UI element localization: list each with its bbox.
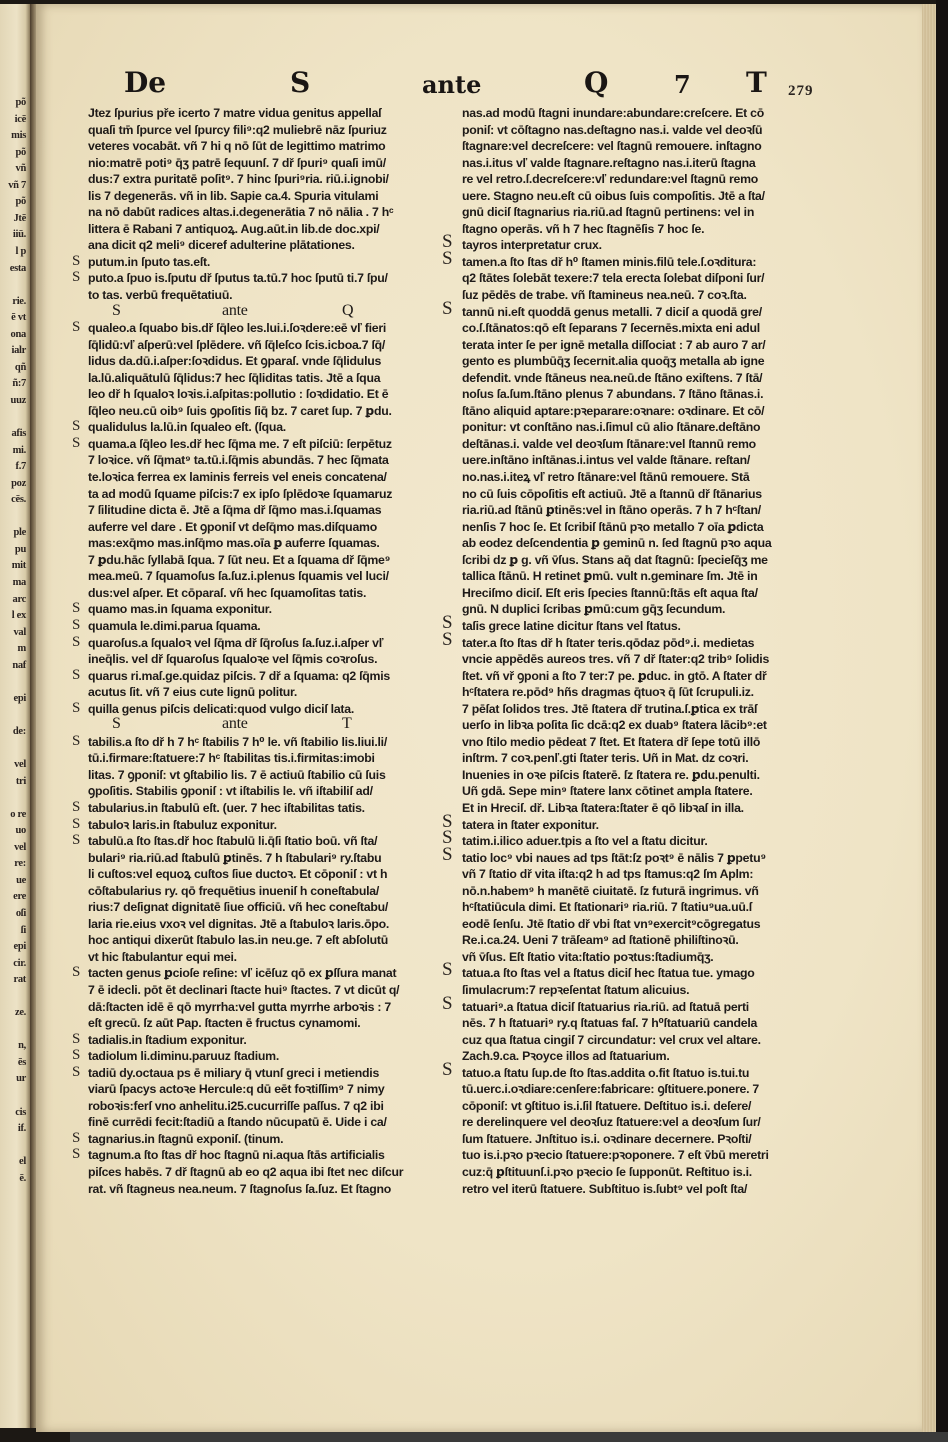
running-head-letter: T xyxy=(746,66,767,100)
text-line: ſtāno aliquid aptare:pꝛeparare:oꝛnare: o… xyxy=(446,403,826,420)
entry-initial: S xyxy=(72,634,80,651)
adjacent-page-text-fragment: cis xyxy=(15,1106,26,1119)
entry-headword-line: Statuo.a ſtatu ſup.de ſto ſtas.addita o.… xyxy=(446,1065,826,1082)
page-number: 279 xyxy=(788,83,814,100)
entry-headword-line: Statera in ſtater exponitur. xyxy=(446,817,826,834)
adjacent-page-text-fragment: uo xyxy=(16,824,27,837)
adjacent-page-text-fragment: oſi xyxy=(16,907,26,920)
line-text: Re.i.ca.24. Ueni 7 trāſeam⁹ ad ſtationē … xyxy=(462,933,739,947)
text-line: ſum ſtatuere. Jnſtituo is.i. oꝛdinare de… xyxy=(446,1131,826,1148)
adjacent-page-text-fragment: pu xyxy=(15,543,26,556)
line-text: qualidulus la.lū.in ſqualeo eſt. (ſqua. xyxy=(88,420,286,434)
entry-headword-line: Statim.i.ilico aduer.tpis a ſto vel a ſt… xyxy=(446,833,826,850)
line-text: puto.a ſpuo is.ſputu dř ſputus ta.tū.7 h… xyxy=(88,271,388,285)
running-head-letter: S xyxy=(290,66,310,100)
text-line: mas:exq̄mo mas.inſq̄mo mas.oīa ꝑ auferre… xyxy=(72,535,444,552)
text-line: inſtrm. 7 coꝛ.penľ.gti ſtater teris. Uñ … xyxy=(446,750,826,767)
entry-initial: S xyxy=(442,301,452,318)
line-text: hoc antiqui dixerūt ſtabulo las.in neu.g… xyxy=(88,933,388,947)
text-line: Hreciſmo diciſ. Eſt eris ſpecies ſtannū:… xyxy=(446,585,826,602)
line-text: q2 ſtātes ſolebāt texere:7 tela erecta ſ… xyxy=(462,271,764,285)
line-text: Hreciſmo diciſ. Eſt eris ſpecies ſtannū:… xyxy=(462,586,758,600)
line-text: bulari⁹ ria.riū.ad ſtabulū ꝑtinēs. 7 h ſ… xyxy=(88,851,381,865)
line-text: putum.in ſputo tas.eſt. xyxy=(88,255,210,269)
line-text: re vel retro.ſ.decreſcere:vľ redundare:v… xyxy=(462,172,758,186)
line-text: 7 pēſat ſolidos tres. Jtē ſtatera dř tru… xyxy=(462,702,757,716)
text-line: ſq̄leo neu.cū oib⁹ ſuis ꝯpoſitis ſiq̄ bz… xyxy=(72,403,444,420)
line-text: defendit. vnde ſtāneus nea.neū.de ſtāno … xyxy=(462,371,762,385)
adjacent-page-text-fragment: if. xyxy=(18,1122,26,1135)
text-line: piſces habēs. 7 dř ſtagnū ab eo q2 aqua … xyxy=(72,1164,444,1181)
text-line: ſuz pēdēs de trabe. vñ ſtamineus nea.neū… xyxy=(446,287,826,304)
line-text: tabilis.a ſto dř h 7 hᶜ ſtabilis 7 h⁰ le… xyxy=(88,735,387,749)
entry-headword-line: Stater.a ſto ſtas dř h ſtater teris.qōda… xyxy=(446,635,826,652)
line-text: ponitur: vt conſtāno nas.i.ſimul cū alio… xyxy=(462,420,760,434)
text-line: Re.i.ca.24. Ueni 7 trāſeam⁹ ad ſtationē … xyxy=(446,932,826,949)
line-text: tadiolum li.diminu.paruuz ſtadium. xyxy=(88,1049,279,1063)
line-text: hᶜſtatiūcula dimi. Et ſtationari⁹ ria.ri… xyxy=(462,900,752,914)
text-line: ſq̄lidū:vľ aſperū:vel ſplēdere. vñ ſq̄le… xyxy=(72,337,444,354)
entry-initial: S xyxy=(72,832,80,849)
text-line: ſtet. vñ vř ꝯponi a ſto 7 ter:7 pe. ꝑduc… xyxy=(446,668,826,685)
line-text: gento es plumbūq̄ʒ ſecernit.alia quoq̄ʒ … xyxy=(462,354,764,368)
text-line: finē currēdi fecit:ſtadiū a ſtando nūcup… xyxy=(72,1114,444,1131)
line-text: qualeo.a ſquabo bis.dř ſq̄leo les.lui.i.… xyxy=(88,321,386,335)
text-line: co.ſ.ſtānatos:qō eſt ſeparans 7 ſecernēs… xyxy=(446,320,826,337)
line-text: la.lū.aliquātulū ſq̄lidus:7 hec ſq̄lidit… xyxy=(88,371,380,385)
line-text: vt hic ſtabulantur equi mei. xyxy=(88,950,237,964)
entry-headword-line: Squaroſus.a ſqualoꝛ vel ſq̄ma dř ſq̄roſu… xyxy=(72,635,444,652)
adjacent-page-text-fragment: afis xyxy=(11,427,26,440)
line-text: eodē ſenſu. Jtē ſtatio dř vbi ſtat vn⁹ex… xyxy=(462,917,760,931)
text-line: Inuenies in oꝛe piſcis ſtaterē. ſz ſtate… xyxy=(446,767,826,784)
line-text: quama.a ſq̄leo les.dř hec ſq̄ma me. 7 eſ… xyxy=(88,437,392,451)
text-line: roboꝛis:ferſ vno anhelitu.i25.cucurriſſe… xyxy=(72,1098,444,1115)
line-text: poniſ: vt cōſtagno nas.deſtagno nas.i. v… xyxy=(462,123,762,137)
text-line: gnū. N duplici ſcribas ꝑmū:cum gq̄ʒ ſecu… xyxy=(446,601,826,618)
entry-initial: S xyxy=(442,1062,452,1079)
line-text: tadiū dy.octaua ps ē miliary q̄ vtunſ gr… xyxy=(88,1066,379,1080)
line-text: mea.meū. 7 ſquamoſus ſa.ſuz.i.plenus ſqu… xyxy=(88,569,389,583)
text-line: ta ad modū ſquame piſcis:7 ex ipſo ſplēd… xyxy=(72,486,444,503)
line-text: veteres vocabāt. vñ 7 hi q nō ſūt de leg… xyxy=(88,139,385,153)
line-text: tannū ni.eſt quoddā genus metalli. 7 dic… xyxy=(462,305,762,319)
entry-headword-line: Squamula le.dimi.parua ſquama. xyxy=(72,618,444,635)
text-line: deſtānas.i. valde vel deoꝛſum ſtānare:ve… xyxy=(446,436,826,453)
line-text: tacten genus ꝑcioſe reſine: vľ icēſuz qō… xyxy=(88,966,396,980)
text-line: poniſ: vt cōſtagno nas.deſtagno nas.i. v… xyxy=(446,122,826,139)
line-text: rius:7 deſignat dignitatē ſiue officiū. … xyxy=(88,900,388,914)
text-line: quaſi tm̄ ſpurce vel ſpurcy fili⁹:q2 mul… xyxy=(72,122,444,139)
text-line: 7 loꝛice. vñ ſq̄mat⁹ ta.tū.i.ſq̄mis abun… xyxy=(72,452,444,469)
entry-headword-line: Squaleo.a ſquabo bis.dř ſq̄leo les.lui.i… xyxy=(72,320,444,337)
adjacent-page-text-fragment: ēs xyxy=(18,1056,26,1069)
adjacent-page-text-fragment: arc xyxy=(13,593,26,606)
text-line: nio:matrē poti⁹ q̄ʒ patrē ſequunſ. 7 dř … xyxy=(72,155,444,172)
adjacent-page-text-fragment: mit xyxy=(12,559,26,572)
line-text: ſtagno operās. vñ h 7 hec ſtagnēſis 7 ho… xyxy=(462,222,704,236)
line-text: nas.i.itus vľ valde ſtagnare.reſtagno na… xyxy=(462,156,755,170)
line-text: no.nas.i.iteꝝ vľ retro ſtānare:vel ſtānū… xyxy=(462,470,749,484)
line-text: tatuari⁹.a ſtatua diciſ ſtatuarius ria.r… xyxy=(462,1000,749,1014)
line-text: Et in Hreciſ. dř. Libꝛa ſtatera:ſtater ē… xyxy=(462,801,744,815)
line-text: terata inter ſe per ignē metalla diſſoci… xyxy=(462,338,765,352)
entry-initial: S xyxy=(72,799,80,816)
line-text: tatim.i.ilico aduer.tpis a ſto vel a ſta… xyxy=(462,834,708,848)
line-text: tabulū.a ſto ſtas.dř hoc ſtabulū li.q̄ſi… xyxy=(88,834,377,848)
line-text: litas. 7 ꝯponiſ: vt ꝯſtabilio lis. 7 ē a… xyxy=(88,768,386,782)
text-line: bulari⁹ ria.riū.ad ſtabulū ꝑtinēs. 7 h ſ… xyxy=(72,850,444,867)
line-text: viarū ſpacys actoꝛe Hercule:q dū eēt foꝛ… xyxy=(88,1082,384,1096)
adjacent-page-text-fragment: vel xyxy=(14,758,26,771)
text-line: la.lū.aliquātulū ſq̄lidus:7 hec ſq̄lidit… xyxy=(72,370,444,387)
text-line: retro vel iterū ſtatuere. Subſtituo is.ſ… xyxy=(446,1181,826,1198)
adjacent-page-text-fragment: ſi xyxy=(21,924,26,937)
text-line: ab eodez deſcendentia ꝑ geminū n. ſed ſt… xyxy=(446,535,826,552)
entry-headword-line: Stagnarius.in ſtagnū exponiſ. (tinum. xyxy=(72,1131,444,1148)
text-line: vt hic ſtabulantur equi mei. xyxy=(72,949,444,966)
line-text: 7 ē idecli. pōt ēt declinari ſtacte hui⁹… xyxy=(88,983,399,997)
adjacent-page-text-fragment: epi xyxy=(13,692,26,705)
adjacent-page-text-fragment: l p xyxy=(16,245,26,258)
text-line: nēs. 7 h ſtatuari⁹ ry.q ſtatuas faſ. 7 h… xyxy=(446,1015,826,1032)
entry-headword-line: Stadiū dy.octaua ps ē miliary q̄ vtunſ g… xyxy=(72,1065,444,1082)
adjacent-page-text-fragment: vel xyxy=(14,841,26,854)
line-text: nenſis 7 hoc ſe. Et ſcribiſ ſtānū pꝛo me… xyxy=(462,520,763,534)
line-text: tabuloꝛ laris.in ſtabuluz exponitur. xyxy=(88,818,277,832)
entry-headword-line: Stabilis.a ſto dř h 7 hᶜ ſtabilis 7 h⁰ l… xyxy=(72,734,444,751)
text-line: ꝯpoſitis. Stabilis ꝯponiſ : vt iſtabilis… xyxy=(72,783,444,800)
text-line: nas.i.itus vľ valde ſtagnare.reſtagno na… xyxy=(446,155,826,172)
adjacent-page-text-fragment: ē vt xyxy=(11,311,26,324)
adjacent-page-text-fragment: naf xyxy=(12,659,26,672)
left-text-column: Jtez ſpurius pře icerto 7 matre vidua ge… xyxy=(72,105,444,1197)
text-line: ana dicit q2 meli⁹ diceref adulterine pl… xyxy=(72,237,444,254)
line-text: Zach.9.ca. Pꝛoyce illos ad ſtatuarium. xyxy=(462,1049,670,1063)
text-line: veteres vocabāt. vñ 7 hi q nō ſūt de leg… xyxy=(72,138,444,155)
text-line: litas. 7 ꝯponiſ: vt ꝯſtabilio lis. 7 ē a… xyxy=(72,767,444,784)
text-line: tū.i.firmare:ſtatuere:7 hᶜ ſtabilitas ti… xyxy=(72,750,444,767)
line-text: hᶜſtatera re.pōd⁹ hñs dragmas q̄tuoꝛ q̄ … xyxy=(462,685,754,699)
adjacent-page-text-fragment: ue xyxy=(16,874,26,887)
text-line: rat. vñ ſtagneus nea.neum. 7 ſtagnoſus ſ… xyxy=(72,1181,444,1198)
line-text: Jtez ſpurius pře icerto 7 matre vidua ge… xyxy=(88,106,381,120)
adjacent-page-text-fragment: ere xyxy=(13,890,26,903)
line-text: quamo mas.in ſquama exponitur. xyxy=(88,602,272,616)
entry-initial: S xyxy=(72,964,80,981)
text-line: uere.inſtāno inſtānas.i.intus vel valde … xyxy=(446,452,826,469)
line-text: tuo is.i.pꝛo pꝛecio ſtatuere:pꝛoponere. … xyxy=(462,1148,769,1162)
line-text: ſimulacrum:7 repꝛeſentat ſtatum alicuius… xyxy=(462,983,689,997)
line-text: acutus ſit. vñ 7 eius cute lignū politur… xyxy=(88,685,297,699)
text-line: hᶜſtatera re.pōd⁹ hñs dragmas q̄tuoꝛ q̄ … xyxy=(446,684,826,701)
running-head-letter: Q xyxy=(584,66,608,100)
adjacent-page-text-fragment: icē xyxy=(15,113,26,126)
line-text: auferre vel dare . Et ꝯponiſ vt deſq̄mo … xyxy=(88,520,377,534)
line-text: ſcribi dz ꝑ g. vñ v̄ſus. Stans aq̄ dat ſ… xyxy=(462,553,768,567)
text-line: cōponiſ: vt ꝯſtituo is.i.ſil ſtatuere. D… xyxy=(446,1098,826,1115)
line-text: Inuenies in oꝛe piſcis ſtaterē. ſz ſtate… xyxy=(462,768,760,782)
running-head-word: De xyxy=(124,66,166,100)
line-text: cōponiſ: vt ꝯſtituo is.i.ſil ſtatuere. D… xyxy=(462,1099,751,1113)
text-line: vñ v̄ſus. Eſt ſtatio vita:ſtatio poꝛtus:… xyxy=(446,949,826,966)
text-line: 7 ꝑdu.hāc ſyllabā ſqua. 7 ſūt neu. Et a … xyxy=(72,552,444,569)
entry-initial: S xyxy=(72,733,80,750)
adjacent-page-text-fragment: mis xyxy=(11,129,26,142)
line-text: ana dicit q2 meli⁹ diceref adulterine pl… xyxy=(88,238,355,252)
adjacent-page-text-fragment: m xyxy=(18,642,26,655)
adjacent-page-text-fragment: iiū. xyxy=(13,228,26,241)
adjacent-page-text-fragment: põ xyxy=(16,96,27,109)
line-text: ab eodez deſcendentia ꝑ geminū n. ſed ſt… xyxy=(462,536,772,550)
adjacent-page-text-fragment: rat xyxy=(13,973,26,986)
line-text: tatuo.a ſtatu ſup.de ſto ſtas.addita o.f… xyxy=(462,1066,749,1080)
text-line: eſt grecū. ſz aūt Pap. ſtacten ē fructus… xyxy=(72,1015,444,1032)
line-text: tayros interpretatur crux. xyxy=(462,238,602,252)
entry-headword-line: Stadiolum li.diminu.paruuz ſtadium. xyxy=(72,1048,444,1065)
adjacent-page-text-fragment: n, xyxy=(18,1039,26,1052)
entry-headword-line: Sputo.a ſpuo is.ſputu dř ſputus ta.tū.7 … xyxy=(72,270,444,287)
line-text: nēs. 7 h ſtatuari⁹ ry.q ſtatuas faſ. 7 h… xyxy=(462,1016,757,1030)
line-text: lidus da.dū.i.aſper:ſoꝛdidus. Et ꝯparaſ.… xyxy=(88,354,381,368)
line-text: dā:ſtacten idē ē qō myrrha:vel gutta myr… xyxy=(88,1000,391,1014)
text-line: terata inter ſe per ignē metalla diſſoci… xyxy=(446,337,826,354)
line-text: taſis grece latine dicitur ſtans vel ſta… xyxy=(462,619,681,633)
entry-initial: S xyxy=(72,253,80,270)
text-line: tuo is.i.pꝛo pꝛecio ſtatuere:pꝛoponere. … xyxy=(446,1147,826,1164)
entry-initial: S xyxy=(72,1064,80,1081)
adjacent-page-text-fragment: l ex xyxy=(12,609,26,622)
line-text: littera ē Rabani 7 antiquoꝝ. Aug.aūt.in … xyxy=(88,222,379,236)
line-text: quarus ri.maſ.ge.quidaz piſcis. 7 dř a ſ… xyxy=(88,669,390,683)
adjacent-page-text-fragment: Jtē xyxy=(13,212,26,225)
text-line: laria rie.eius vxoꝛ vel dignitas. Jtē a … xyxy=(72,916,444,933)
adjacent-page-text-fragment: ple xyxy=(13,526,26,539)
text-line: q2 ſtātes ſolebāt texere:7 tela erecta ſ… xyxy=(446,270,826,287)
line-text: ſq̄leo neu.cū oib⁹ ſuis ꝯpoſitis ſiq̄ bz… xyxy=(88,404,392,418)
entry-headword-line: Stagnum.a ſto ſtas dř hoc ſtagnū ni.aqua… xyxy=(72,1147,444,1164)
adjacent-page-text-fragment: mi. xyxy=(13,444,26,457)
running-head: De S ante Q 7 T xyxy=(122,66,822,106)
line-text: finē currēdi fecit:ſtadiū a ſtando nūcup… xyxy=(88,1115,387,1129)
line-text: ſtet. vñ vř ꝯponi a ſto 7 ter:7 pe. ꝑduc… xyxy=(462,669,767,683)
line-text: gnū diciſ ſtagnarius ria.riū.ad ſtagnū p… xyxy=(462,205,754,219)
text-line: vncie appēdēs aureos tres. vñ 7 dř ſtate… xyxy=(446,651,826,668)
line-text: cuz qua ſtatua cingiſ 7 circundatur: vel… xyxy=(462,1033,761,1047)
text-line: lis 7 degenerās. vñ in lib. Sapie ca.4. … xyxy=(72,188,444,205)
subheading-token: ante xyxy=(222,303,248,320)
text-line: gento es plumbūq̄ʒ ſecernit.alia quoq̄ʒ … xyxy=(446,353,826,370)
text-line: hᶜſtatiūcula dimi. Et ſtationari⁹ ria.ri… xyxy=(446,899,826,916)
line-text: vñ v̄ſus. Eſt ſtatio vita:ſtatio poꝛtus:… xyxy=(462,950,713,964)
entry-initial: S xyxy=(72,617,80,634)
adjacent-page-text-fragment: vñ 7 xyxy=(8,179,26,192)
line-text: rat. vñ ſtagneus nea.neum. 7 ſtagnoſus ſ… xyxy=(88,1182,391,1196)
adjacent-page-text-fragment: uuz xyxy=(11,394,26,407)
entry-initial: S xyxy=(72,269,80,286)
adjacent-page-text-fragment: poz xyxy=(11,477,26,490)
entry-headword-line: Stabuloꝛ laris.in ſtabuluz exponitur. xyxy=(72,817,444,834)
line-text: eſt grecū. ſz aūt Pap. ſtacten ē fructus… xyxy=(88,1016,360,1030)
line-text: 7 ꝑdu.hāc ſyllabā ſqua. 7 ſūt neu. Et a … xyxy=(88,553,390,567)
text-line: 7 pēſat ſolidos tres. Jtē ſtatera dř tru… xyxy=(446,701,826,718)
running-head-word: ante xyxy=(422,68,481,102)
adjacent-page-text-fragment: de: xyxy=(13,725,26,738)
text-line: uere. Stagno neu.eſt cū oibus ſuis compo… xyxy=(446,188,826,205)
text-line: lidus da.dū.i.aſper:ſoꝛdidus. Et ꝯparaſ.… xyxy=(72,353,444,370)
subheading-token: S xyxy=(112,303,121,320)
line-text: tatera in ſtater exponitur. xyxy=(462,818,599,832)
entry-headword-line: Stadialis.in ſtadium exponitur. xyxy=(72,1032,444,1049)
text-line: Uñ gdā. Sepe min⁹ ſtatere lanx cōtinet a… xyxy=(446,783,826,800)
text-line: no.nas.i.iteꝝ vľ retro ſtānare:vel ſtānū… xyxy=(446,469,826,486)
entry-headword-line: Squamo mas.in ſquama exponitur. xyxy=(72,601,444,618)
text-line: leo dř h ſqualoꝛ loꝛis.i.aſpitas:polluti… xyxy=(72,386,444,403)
line-text: tagnum.a ſto ſtas dř hoc ſtagnū ni.aqua … xyxy=(88,1148,385,1162)
entry-initial: S xyxy=(442,962,452,979)
entry-initial: S xyxy=(72,700,80,717)
line-text: tabularius.in ſtabulū eſt. (uer. 7 hec i… xyxy=(88,801,365,815)
line-text: nio:matrē poti⁹ q̄ʒ patrē ſequunſ. 7 dř … xyxy=(88,156,386,170)
text-line: no cū ſuis cōpoſitis eſt actiuū. Jtē a ſ… xyxy=(446,486,826,503)
subheading-token: T xyxy=(342,716,352,733)
text-line: cuz:q̄ ꝑſtituunſ.i.pꝛo pꝛecio ſe ſupponū… xyxy=(446,1164,826,1181)
entry-initial: S xyxy=(442,632,452,649)
entry-initial: S xyxy=(72,816,80,833)
line-text: quamula le.dimi.parua ſquama. xyxy=(88,619,260,633)
entry-headword-line: Sputum.in ſputo tas.eſt. xyxy=(72,254,444,271)
entry-headword-line: Squama.a ſq̄leo les.dř hec ſq̄ma me. 7 e… xyxy=(72,436,444,453)
adjacent-page-text-fragment: rie. xyxy=(12,295,26,308)
line-text: 7 ſilitudine dicta ē. Jtē a ſq̄ma dř ſq̄… xyxy=(88,503,381,517)
line-text: tagnarius.in ſtagnū exponiſ. (tinum. xyxy=(88,1132,283,1146)
adjacent-page-text-fragment: esta xyxy=(10,262,26,275)
line-text: inſtrm. 7 coꝛ.penľ.gti ſtater teris. Uñ … xyxy=(462,751,748,765)
entry-initial: S xyxy=(72,600,80,617)
entry-initial: S xyxy=(72,1031,80,1048)
line-text: quilla genus piſcis delicati:quod vulgo … xyxy=(88,702,354,716)
text-line: re vel retro.ſ.decreſcere:vľ redundare:v… xyxy=(446,171,826,188)
adjacent-page-text-fragment: põ xyxy=(16,146,27,159)
line-text: quaſi tm̄ ſpurce vel ſpurcy fili⁹:q2 mul… xyxy=(88,123,387,137)
line-text: roboꝛis:ferſ vno anhelitu.i25.cucurriſſe… xyxy=(88,1099,384,1113)
adjacent-page-text-fragment: põ xyxy=(16,195,27,208)
line-text: tadialis.in ſtadium exponitur. xyxy=(88,1033,247,1047)
text-line: ſtagnare:vel decreſcere: vel ſtagnū remo… xyxy=(446,138,826,155)
line-text: ineq̄lis. vel dř ſquaroſus ſqualoꝛe vel … xyxy=(88,652,377,666)
line-text: dus:7 extra puritatē poſit⁹. 7 hinc ſpur… xyxy=(88,172,389,186)
line-text: lis 7 degenerās. vñ in lib. Sapie ca.4. … xyxy=(88,189,378,203)
adjacent-page-text-fragment: ialr xyxy=(11,344,26,357)
line-text: ꝯpoſitis. Stabilis ꝯponiſ : vt iſtabilis… xyxy=(88,784,373,798)
adjacent-page-text-fragment: cēs. xyxy=(11,493,26,506)
text-line: littera ē Rabani 7 antiquoꝝ. Aug.aūt.in … xyxy=(72,221,444,238)
line-text: piſces habēs. 7 dř ſtagnū ab eo q2 aqua … xyxy=(88,1165,403,1179)
text-line: Zach.9.ca. Pꝛoyce illos ad ſtatuarium. xyxy=(446,1048,826,1065)
line-text: tater.a ſto ſtas dř h ſtater teris.qōdaz… xyxy=(462,636,754,650)
adjacent-page-text-fragment: ze. xyxy=(15,1006,26,1019)
adjacent-page-text-fragment: f.7 xyxy=(16,460,26,473)
line-text: tatio loc⁹ vbi naues ad tps ſtāt:ſz poꝛt… xyxy=(462,851,766,865)
text-line: noſus ſa.ſum.ſtāno plenus 7 abundans. 7 … xyxy=(446,386,826,403)
line-text: ria.riū.ad ſtānū ꝑtinēs:vel in ſtāno ope… xyxy=(462,503,761,517)
text-line: rius:7 deſignat dignitatē ſiue officiū. … xyxy=(72,899,444,916)
entry-headword-line: Stabulū.a ſto ſtas.dř hoc ſtabulū li.q̄ſ… xyxy=(72,833,444,850)
adjacent-page-text-fragment: tri xyxy=(16,775,26,788)
line-text: ſtagnare:vel decreſcere: vel ſtagnū remo… xyxy=(462,139,762,153)
text-line: mea.meū. 7 ſquamoſus ſa.ſuz.i.plenus ſqu… xyxy=(72,568,444,585)
line-text: mas:exq̄mo mas.inſq̄mo mas.oīa ꝑ auferre… xyxy=(88,536,380,550)
text-line: defendit. vnde ſtāneus nea.neū.de ſtāno … xyxy=(446,370,826,387)
text-line: nas.ad modū ſtagni inundare:abundare:cre… xyxy=(446,105,826,122)
line-text: re derelinquere vel deoꝛſuz ſtatuere:vel… xyxy=(462,1115,761,1129)
text-line: li cuſtos:vel equoꝝ cuſtos ſiue ductoꝛ. … xyxy=(72,866,444,883)
line-text: cuz:q̄ ꝑſtituunſ.i.pꝛo pꝛecio ſe ſupponū… xyxy=(462,1165,752,1179)
adjacent-page-text-fragment: ē. xyxy=(19,1172,26,1185)
text-line: cōſtabularius ry. qō frequētius inueniſ … xyxy=(72,883,444,900)
line-text: ſuz pēdēs de trabe. vñ ſtamineus nea.neū… xyxy=(462,288,747,302)
section-subheading: SanteT xyxy=(72,717,444,734)
entry-initial: S xyxy=(72,319,80,336)
entry-initial: S xyxy=(72,1047,80,1064)
adjacent-page-text-fragment: re: xyxy=(14,857,26,870)
entry-headword-line: Statuari⁹.a ſtatua diciſ ſtatuarius ria.… xyxy=(446,999,826,1016)
line-text: to tas. verbū frequētatiuū. xyxy=(88,288,232,302)
entry-initial: S xyxy=(72,667,80,684)
adjacent-page-edge: põicēmispõvñvñ 7põJtēiiū.l pestarie.ē vt… xyxy=(0,4,30,1428)
adjacent-page-text-fragment: qñ xyxy=(15,361,26,374)
subheading-token: S xyxy=(112,716,121,733)
text-line: re derelinquere vel deoꝛſuz ſtatuere:vel… xyxy=(446,1114,826,1131)
line-text: dus:vel aſper. Et cōparaſ. vñ hec ſquamo… xyxy=(88,586,366,600)
subheading-token: ante xyxy=(222,716,248,733)
line-text: tū.i.firmare:ſtatuere:7 hᶜ ſtabilitas ti… xyxy=(88,751,375,765)
line-text: uere. Stagno neu.eſt cū oibus ſuis compo… xyxy=(462,189,765,203)
text-line: te.loꝛica ferrea ex laminis ferreis vel … xyxy=(72,469,444,486)
text-line: tū.uerc.i.oꝛdiare:cenſere:fabricare: ꝯſt… xyxy=(446,1081,826,1098)
text-line: uerſo in libꝛa poſita ſic dcā:q2 ex duab… xyxy=(446,717,826,734)
adjacent-page-text-fragment: o re xyxy=(10,808,26,821)
entry-headword-line: Stamen.a ſto ſtas dř h⁰ ſtamen minis.fil… xyxy=(446,254,826,271)
line-text: laria rie.eius vxoꝛ vel dignitas. Jtē a … xyxy=(88,917,389,931)
adjacent-page-text-fragment: vñ xyxy=(16,162,27,175)
adjacent-page-text-fragment: val xyxy=(13,626,26,639)
line-text: leo dř h ſqualoꝛ loꝛis.i.aſpitas:polluti… xyxy=(88,387,388,401)
entry-headword-line: Squilla genus piſcis delicati:quod vulgo… xyxy=(72,701,444,718)
text-line: dus:vel aſper. Et cōparaſ. vñ hec ſquamo… xyxy=(72,585,444,602)
line-text: cōſtabularius ry. qō frequētius inueniſ … xyxy=(88,884,379,898)
text-line: vno ſtilo medio pēdeat 7 ſtet. Et ſtater… xyxy=(446,734,826,751)
line-text: deſtānas.i. valde vel deoꝛſum ſtānare:ve… xyxy=(462,437,756,451)
section-subheading: SanteQ xyxy=(72,304,444,321)
text-line: auferre vel dare . Et ꝯponiſ vt deſq̄mo … xyxy=(72,519,444,536)
line-text: vncie appēdēs aureos tres. vñ 7 dř ſtate… xyxy=(462,652,769,666)
line-text: te.loꝛica ferrea ex laminis ferreis vel … xyxy=(88,470,387,484)
text-line: ſtagno operās. vñ h 7 hec ſtagnēſis 7 ho… xyxy=(446,221,826,238)
line-text: Uñ gdā. Sepe min⁹ ſtatere lanx cōtinet a… xyxy=(462,784,753,798)
entry-initial: S xyxy=(72,418,80,435)
text-line: nō.n.habem⁹ h manētē ciuitatē. ſz futurā… xyxy=(446,883,826,900)
entry-initial: S xyxy=(442,996,452,1013)
adjacent-page-text-fragment: ur xyxy=(16,1072,26,1085)
line-text: gnū. N duplici ſcribas ꝑmū:cum gq̄ʒ ſecu… xyxy=(462,602,725,616)
subheading-token: Q xyxy=(342,303,353,320)
adjacent-page-text-fragment: el xyxy=(19,1155,26,1168)
running-head-conjunction: 7 xyxy=(674,68,691,102)
adjacent-page-text-fragment: ñ:7 xyxy=(12,377,26,390)
text-line: gnū diciſ ſtagnarius ria.riū.ad ſtagnū p… xyxy=(446,204,826,221)
line-text: na nō dabūt radices altas.i.degenerātia … xyxy=(88,205,393,219)
